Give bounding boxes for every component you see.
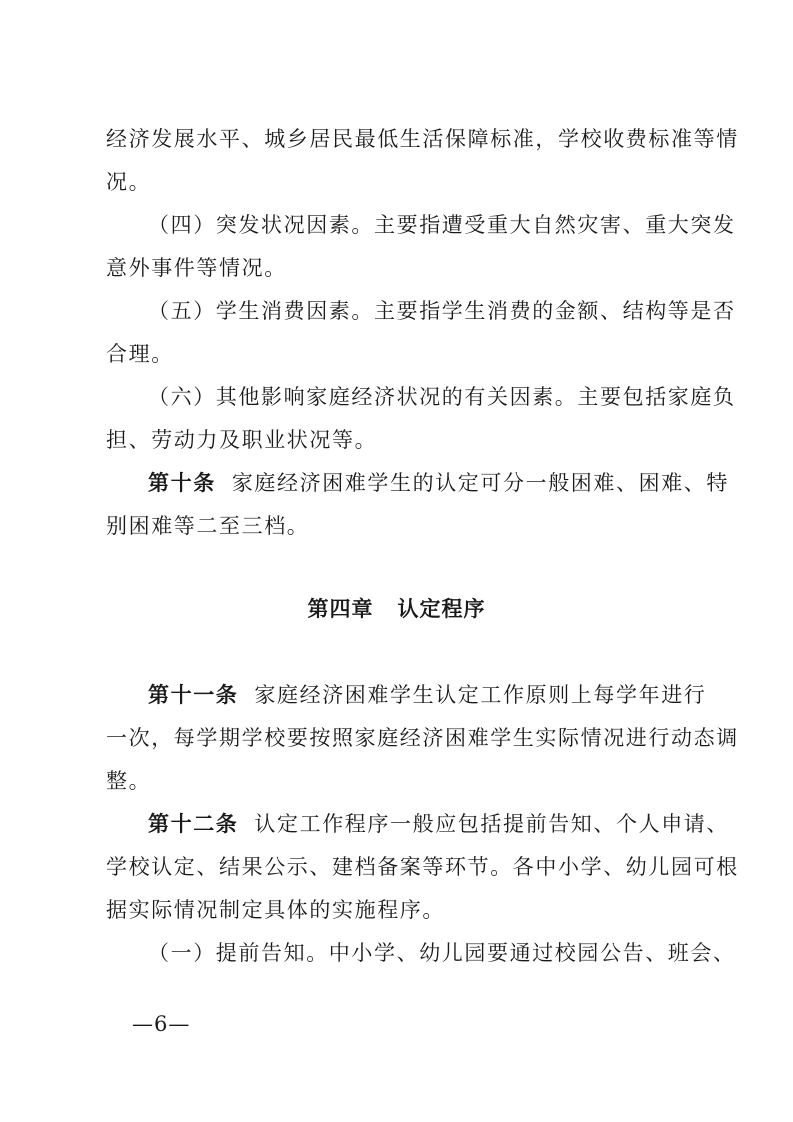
article-10-line: 别困难等二至三档。: [106, 511, 690, 541]
item-six-line: 担、劳动力及职业状况等。: [106, 425, 690, 455]
article-11-line: 一次，每学期学校要按照家庭经济困难学生实际情况进行动态调: [106, 723, 690, 753]
article-11: 第十一条家庭经济困难学生认定工作原则上每学年进行: [148, 680, 690, 710]
article-10-text: 家庭经济困难学生的认定可分一般困难、困难、特: [232, 471, 729, 495]
article-12: 第十二条认定工作程序一般应包括提前告知、个人申请、: [148, 809, 690, 839]
article-12-label: 第十二条: [148, 812, 238, 836]
article-12-line: 学校认定、结果公示、建档备案等环节。各中小学、幼儿园可根: [106, 852, 690, 882]
chapter-heading: 第四章认定程序: [0, 593, 793, 623]
chapter-title: 认定程序: [398, 597, 486, 621]
item-four-line: 意外事件等情况。: [106, 253, 690, 283]
paragraph-line: 况。: [106, 167, 690, 197]
article-11-line: 整。: [106, 766, 690, 796]
paragraph-line: 经济发展水平、城乡居民最低生活保障标准，学校收费标准等情: [106, 124, 690, 154]
document-page: 经济发展水平、城乡居民最低生活保障标准，学校收费标准等情 况。 （四）突发状况因…: [0, 0, 793, 1122]
article-12-text: 认定工作程序一般应包括提前告知、个人申请、: [254, 812, 729, 836]
item-one-line: （一）提前告知。中小学、幼儿园要通过校园公告、班会、: [148, 938, 690, 968]
item-four-line: （四）突发状况因素。主要指遭受重大自然灾害、重大突发: [148, 210, 690, 240]
article-10: 第十条家庭经济困难学生的认定可分一般困难、困难、特: [148, 468, 690, 498]
article-11-label: 第十一条: [148, 683, 238, 707]
article-10-label: 第十条: [148, 471, 216, 495]
article-11-text: 家庭经济困难学生认定工作原则上每学年进行: [254, 683, 706, 707]
item-five-line: 合理。: [106, 339, 690, 369]
chapter-number: 第四章: [308, 597, 374, 621]
page-number: —6—: [132, 1012, 190, 1036]
article-12-line: 据实际情况制定具体的实施程序。: [106, 895, 690, 925]
item-six-line: （六）其他影响家庭经济状况的有关因素。主要包括家庭负: [148, 382, 690, 412]
item-five-line: （五）学生消费因素。主要指学生消费的金额、结构等是否: [148, 296, 690, 326]
